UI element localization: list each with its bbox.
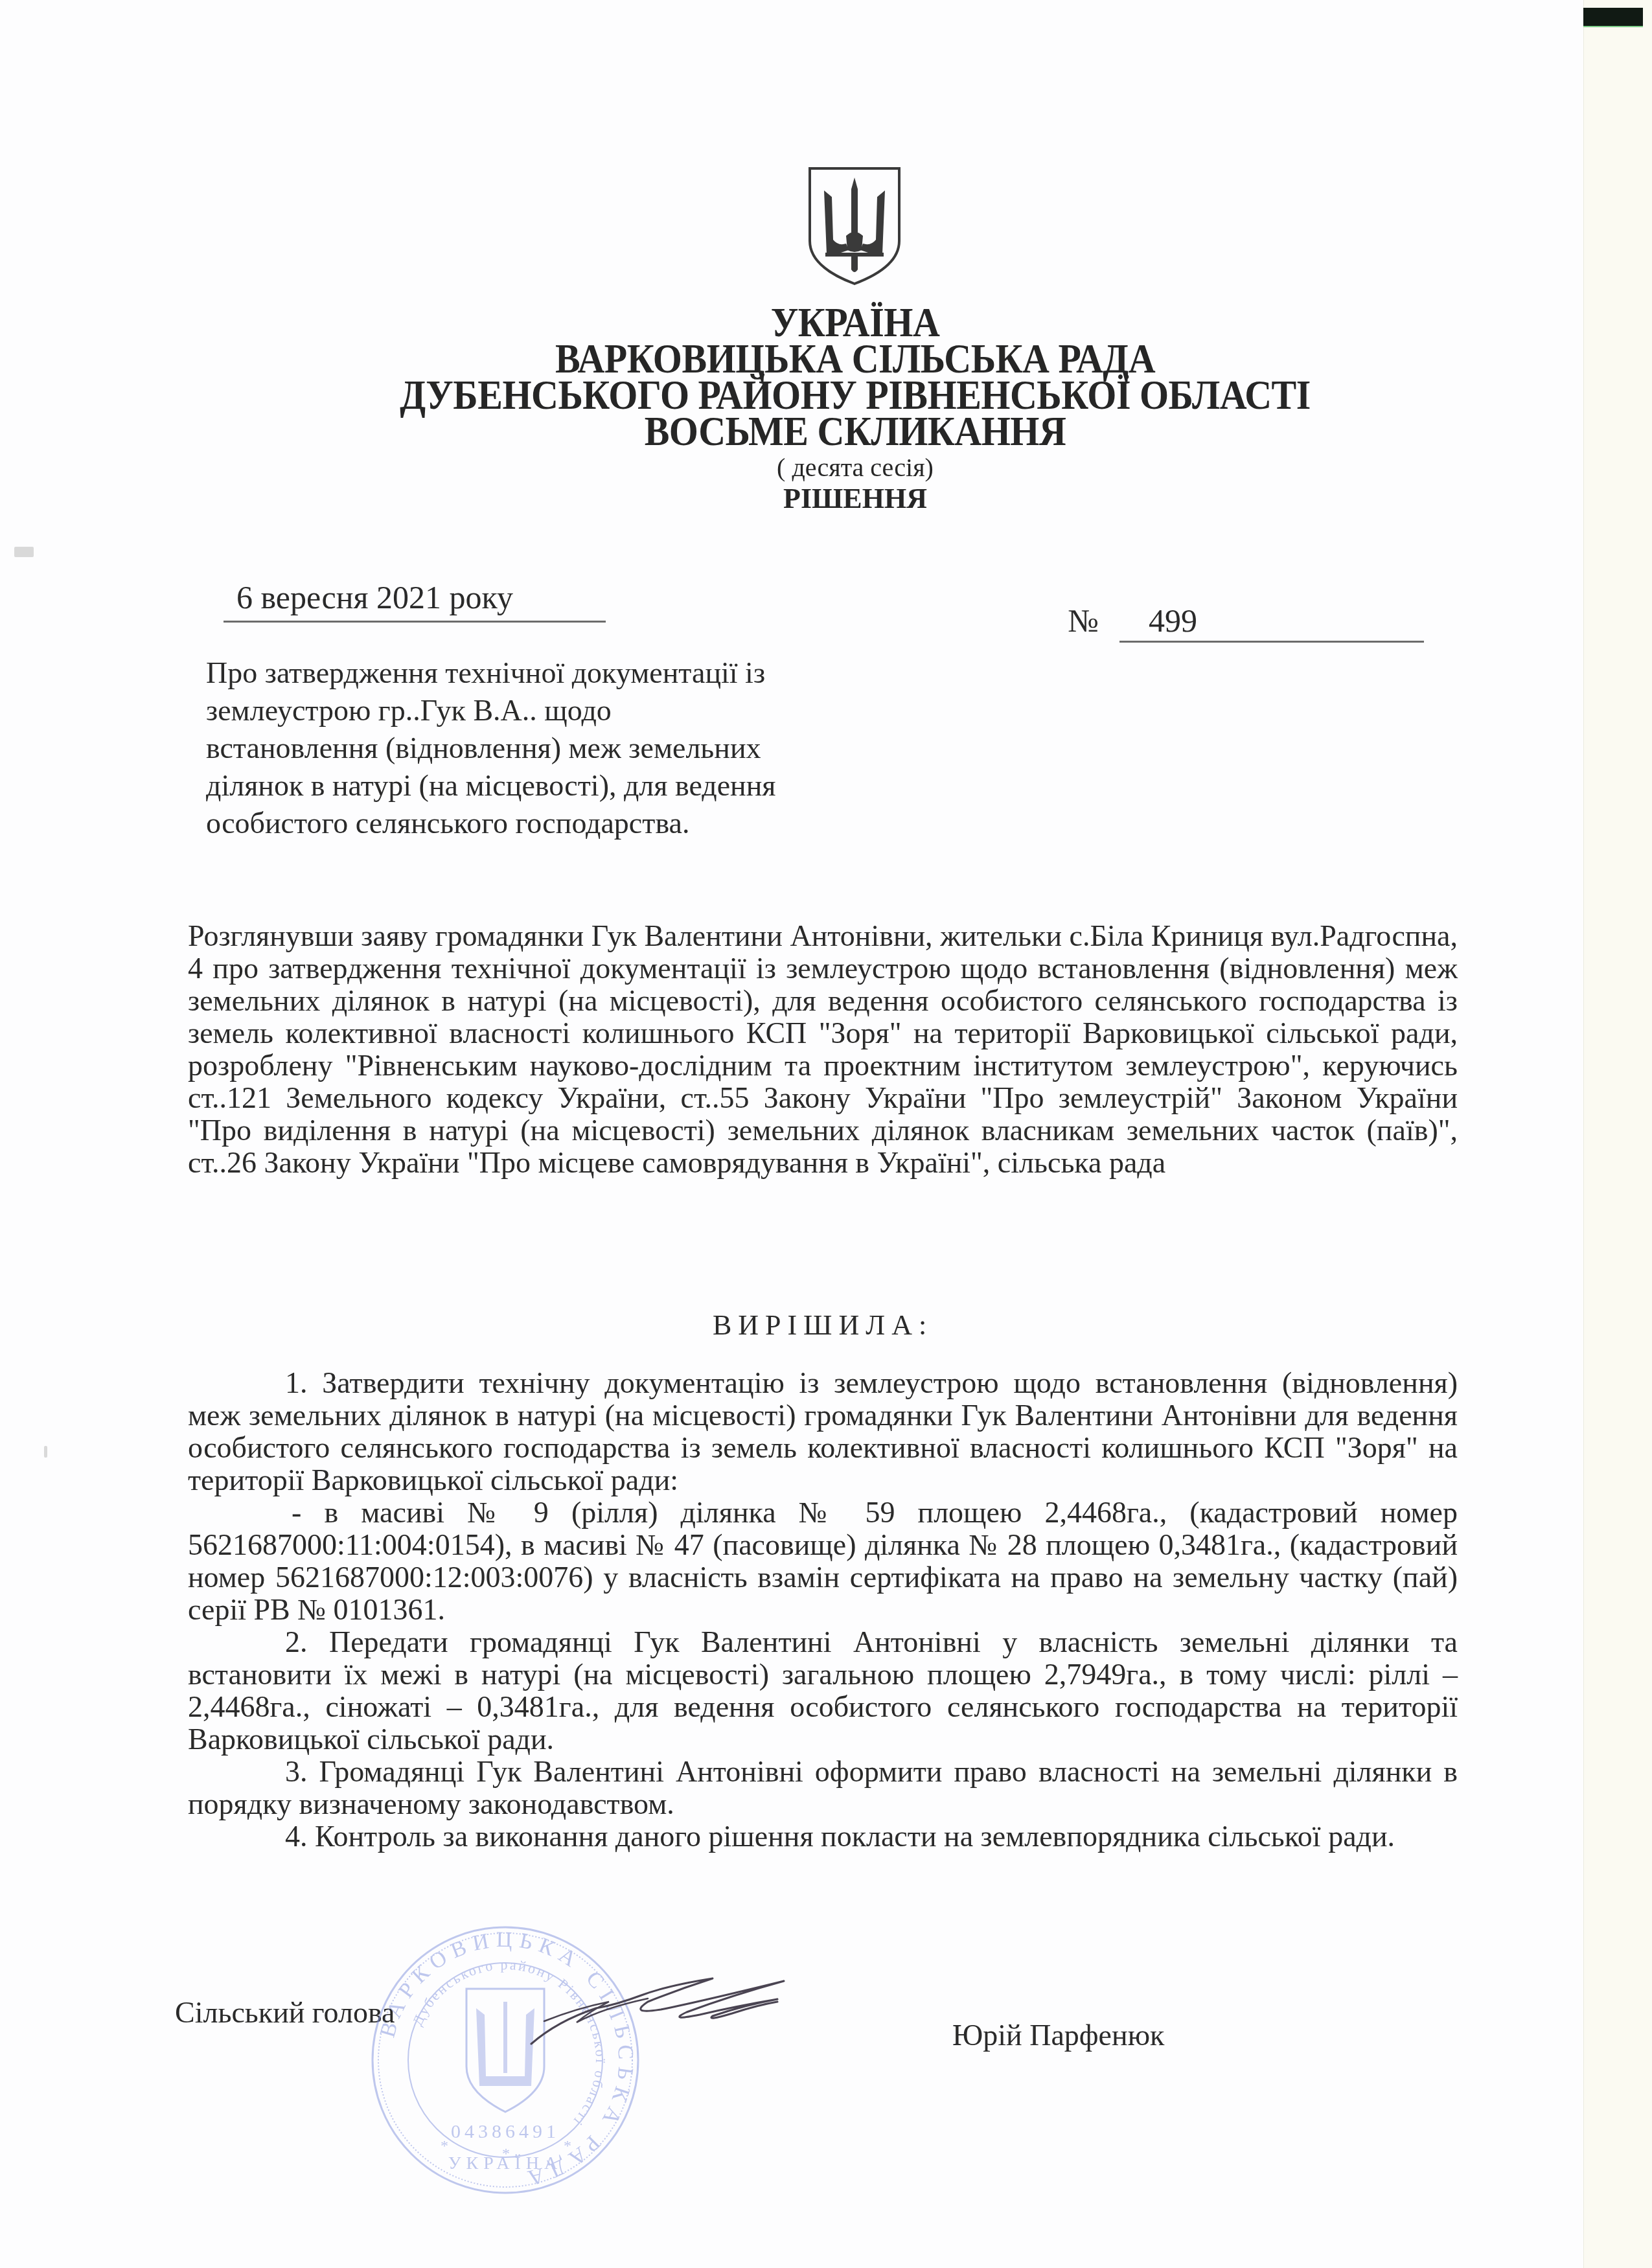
header-session: ( десята сесія) (324, 452, 1386, 483)
decision-item-1-subitem: - в масиві № 9 (рілля) ділянка № 59 площ… (188, 1496, 1458, 1626)
document-header: УКРАЇНА ВАРКОВИЦЬКА СІЛЬСЬКА РАДА ДУБЕНС… (324, 304, 1386, 514)
svg-text:*: * (564, 2138, 571, 2155)
document-page: УКРАЇНА ВАРКОВИЦЬКА СІЛЬСЬКА РАДА ДУБЕНС… (0, 0, 1583, 2268)
subject-line: землеустрою гр..Гук В.А.. щодо (206, 692, 847, 729)
header-doc-type: РІШЕННЯ (324, 483, 1386, 514)
subject-line: ділянок в натурі (на місцевості), для ве… (206, 767, 847, 805)
scan-dark-bar (1583, 8, 1643, 27)
official-stamp: ВАРКОВИЦЬКА СІЛЬСЬКА РАДА Дубенського ра… (369, 1924, 641, 2196)
decision-item-2: 2. Передати громадянці Гук Валентині Ант… (188, 1626, 1458, 1756)
subject-line: особистого селянського господарства. (206, 805, 847, 842)
decision-item-3: 3. Громадянці Гук Валентині Антонівні оф… (188, 1756, 1458, 1820)
number-sign: № (1068, 602, 1099, 639)
resolved-heading: ВИРІШИЛА: (188, 1309, 1458, 1342)
stamp-code: 04386491 (451, 2121, 560, 2142)
scan-edge-strip (1583, 0, 1652, 2268)
decision-items: 1. Затвердити технічну документацію із з… (188, 1367, 1458, 1853)
svg-text:*: * (441, 2138, 448, 2155)
decision-subject: Про затвердження технічної документації … (206, 654, 847, 842)
decision-number: № 499 (1068, 602, 1424, 648)
handwritten-signature (518, 1969, 803, 2054)
header-convocation: ВОСЬМЕ СКЛИКАННЯ (324, 412, 1386, 451)
decision-item-1: 1. Затвердити технічну документацію із з… (188, 1367, 1458, 1496)
decision-item-4: 4. Контроль за виконання даного рішення … (188, 1820, 1458, 1853)
svg-text:*: * (502, 2146, 510, 2162)
number-value: 499 (1119, 602, 1424, 643)
subject-line: встановлення (відновлення) меж земельних (206, 729, 847, 767)
preamble-text: Розглянувши заяву громадянки Гук Валенти… (188, 920, 1458, 1179)
signatory-role: Сільський голова (175, 1995, 395, 2030)
ukraine-trident-icon (806, 163, 903, 286)
signatory-name: Юрій Парфенюк (952, 2018, 1164, 2052)
preamble: Розглянувши заяву громадянки Гук Валенти… (188, 920, 1458, 1179)
subject-line: Про затвердження технічної документації … (206, 654, 847, 692)
decision-date: 6 вересня 2021 року (224, 580, 606, 623)
